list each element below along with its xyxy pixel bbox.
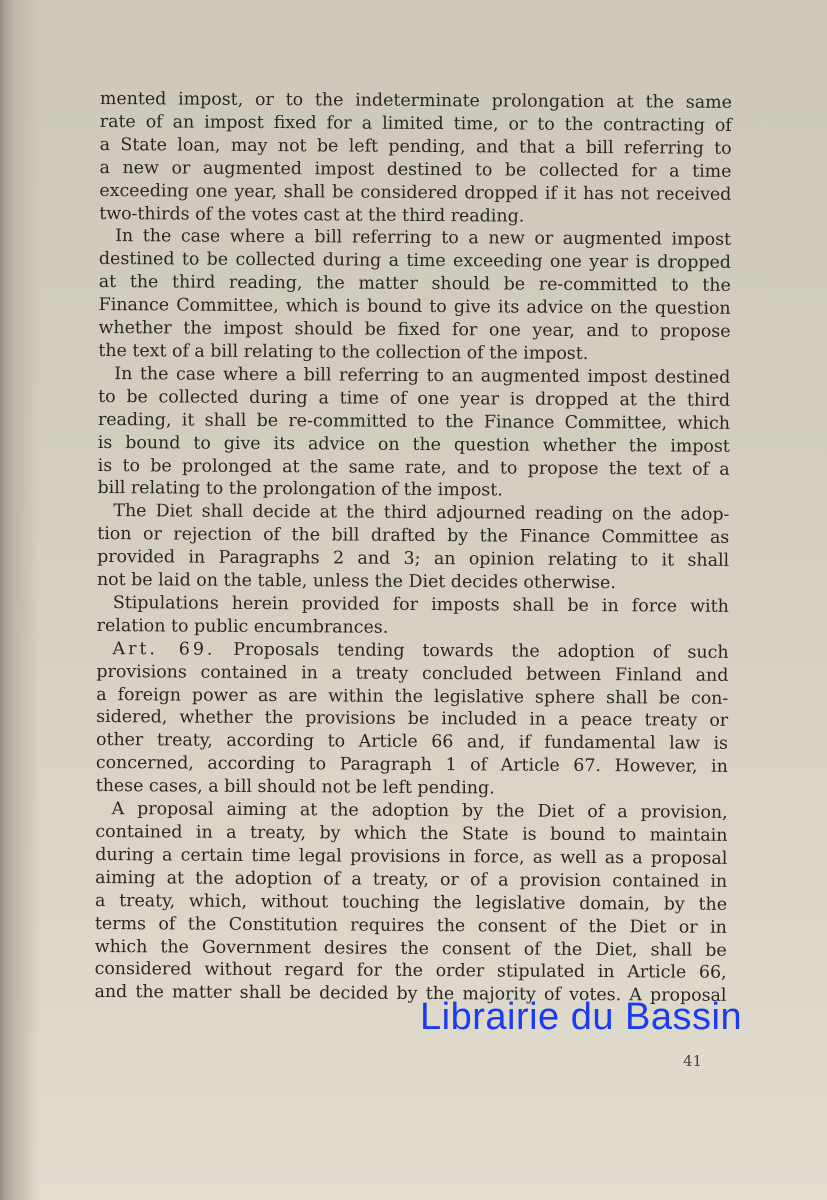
text-line: exceeding one year, shall be considered … [99, 180, 731, 207]
paragraph-stipulations: Stipulations herein provided for imposts… [97, 592, 729, 642]
text-line: terms of the Constitution requires the c… [95, 913, 727, 940]
text-line: is bound to give its advice on the quest… [98, 432, 730, 459]
page-body-text: mented impost, or to the indeterminate p… [94, 88, 732, 1008]
text-line: aiming at the adoption of a treaty, or o… [95, 867, 727, 894]
text-line: a new or augmented impost destined to be… [99, 157, 731, 184]
text-line: Art. 69. Proposals tending towards the a… [97, 638, 729, 665]
paragraph-new-impost-dropped: In the case where a bill referring to a … [98, 225, 731, 366]
paragraph-augmented-impost-dropped: In the case where a bill referring to an… [97, 363, 730, 504]
text-line: a treaty, which, without touching the le… [95, 890, 727, 917]
paragraph-continuation: mented impost, or to the indeterminate p… [99, 88, 732, 229]
article-first-line: Proposals tending towards the adoption o… [233, 640, 728, 663]
bookseller-watermark: Librairie du Bassin [420, 996, 742, 1039]
paragraph-article-69: Art. 69. Proposals tending towards the a… [96, 638, 729, 802]
paragraph-proposal-treaty: A proposal aiming at the adoption by the… [94, 798, 727, 1008]
article-label: Art. 69. [113, 639, 216, 660]
text-line: provisions contained in a treaty conclud… [96, 661, 728, 688]
book-gutter-shadow [0, 0, 40, 1200]
text-line: to be collected during a time of one yea… [98, 386, 730, 413]
page-number: 41 [683, 1052, 702, 1070]
paragraph-diet-decide: The Diet shall decide at the third adjou… [97, 500, 730, 595]
text-line: reading, it shall be re-committed to the… [98, 409, 730, 436]
